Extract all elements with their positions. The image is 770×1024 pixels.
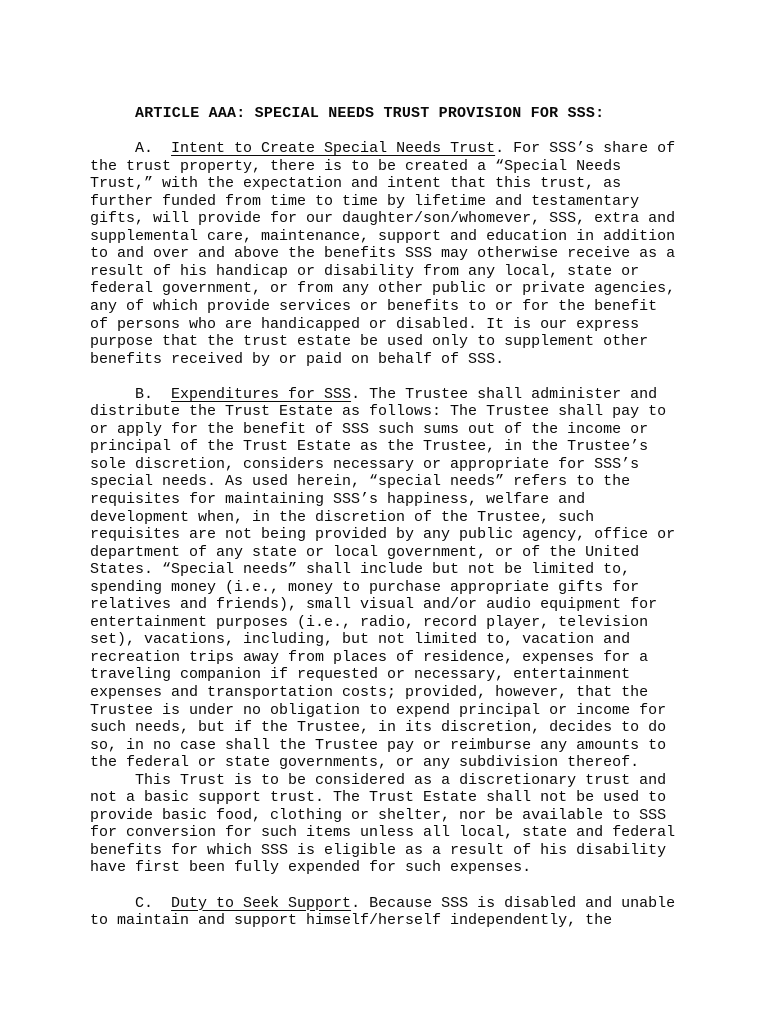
document-title: ARTICLE AAA: SPECIAL NEEDS TRUST PROVISI…: [135, 105, 762, 123]
section-a: A. Intent to Create Special Needs Trust.…: [90, 140, 762, 368]
section-c-heading: Duty to Seek Support: [171, 895, 351, 912]
section-c-label: C.: [90, 895, 171, 912]
section-b-heading: Expenditures for SSS: [171, 386, 351, 403]
document-page: ARTICLE AAA: SPECIAL NEEDS TRUST PROVISI…: [0, 0, 770, 1024]
section-b-label: B.: [90, 386, 171, 403]
section-c: C. Duty to Seek Support. Because SSS is …: [90, 895, 762, 930]
section-a-heading: Intent to Create Special Needs Trust: [171, 140, 495, 157]
section-b-body: . The Trustee shall administer and distr…: [90, 386, 675, 877]
section-b: B. Expenditures for SSS. The Trustee sha…: [90, 386, 762, 877]
section-a-label: A.: [90, 140, 171, 157]
section-a-body: . For SSS’s share of the trust property,…: [90, 140, 675, 368]
